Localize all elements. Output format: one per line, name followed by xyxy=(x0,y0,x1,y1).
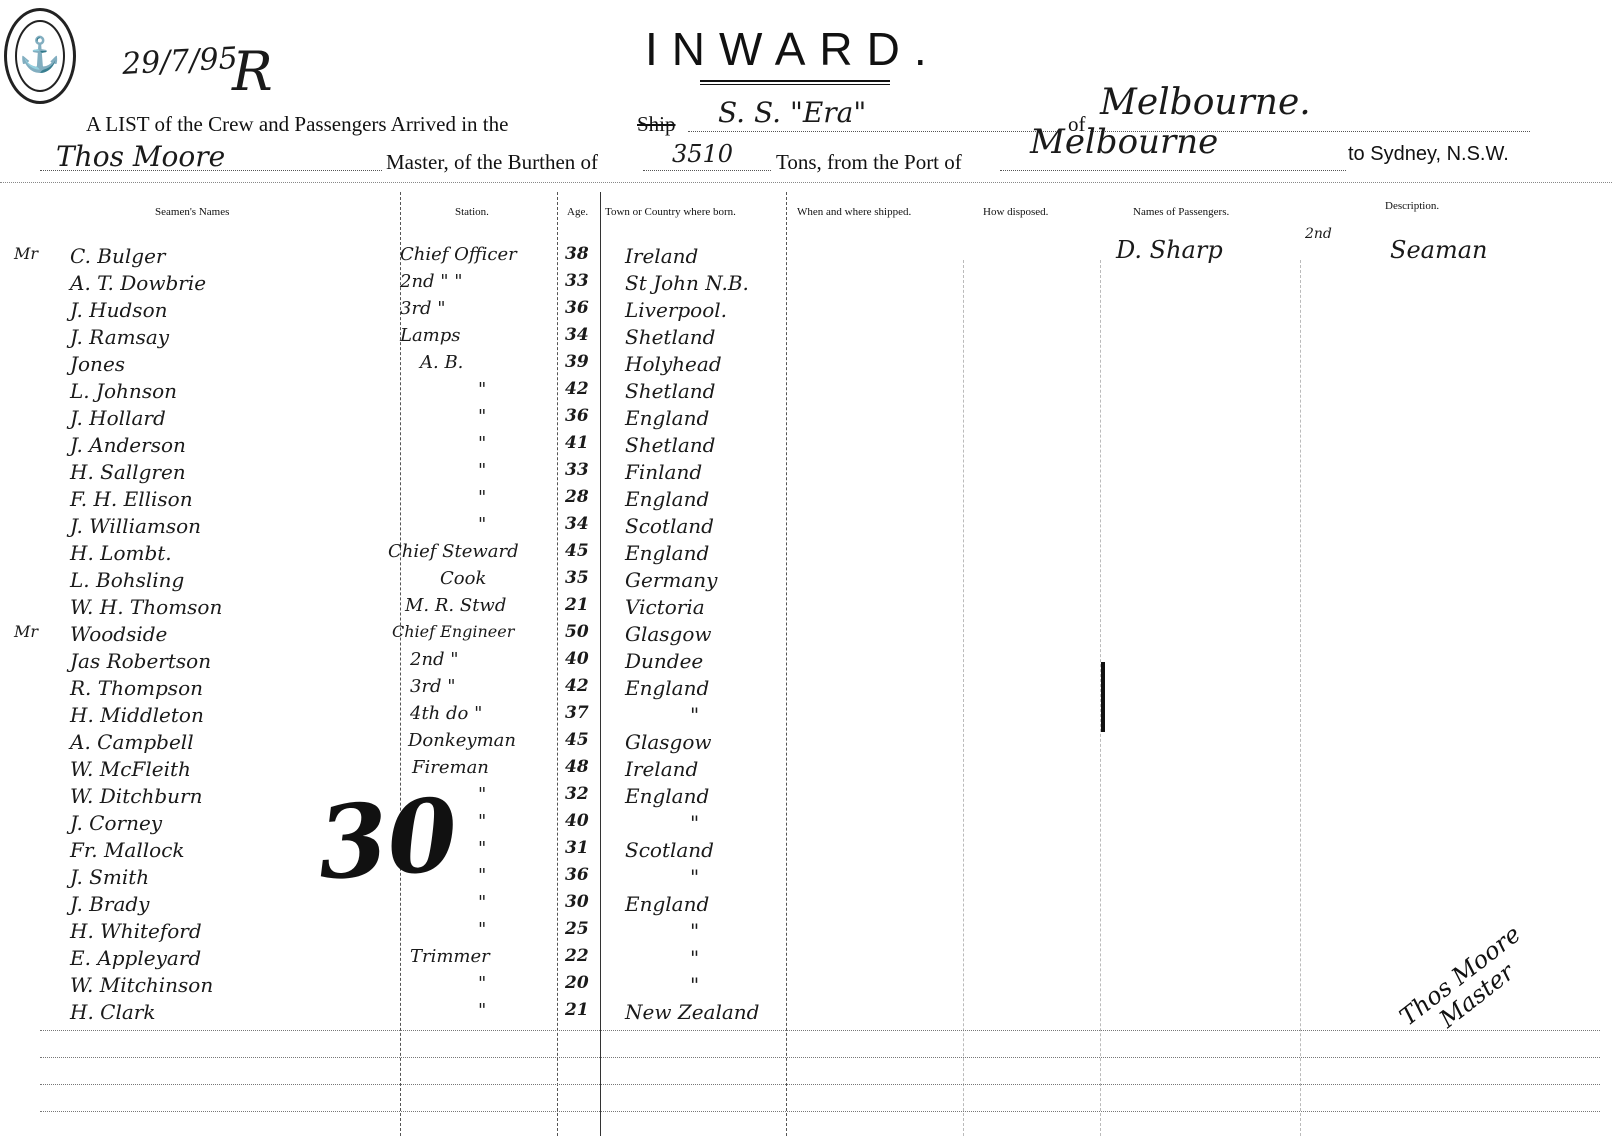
crew-born: Glasgow xyxy=(625,622,712,646)
crew-row: H. Middleton 4th do " 37 " xyxy=(0,703,820,729)
crew-name: L. Bohsling xyxy=(70,568,184,592)
crew-name: J. Smith xyxy=(70,865,149,889)
shipping-department-stamp: ⚓ xyxy=(4,8,76,104)
crew-station: " xyxy=(478,838,486,859)
crew-prefix: Mr xyxy=(14,622,38,641)
crew-station: Chief Engineer xyxy=(392,622,514,641)
crew-station: Chief Officer xyxy=(400,244,517,265)
crew-station: " xyxy=(478,865,486,886)
title-underline-thin xyxy=(700,84,890,85)
vessel-field-line xyxy=(688,131,1060,132)
crew-born: Dundee xyxy=(625,649,703,673)
crew-name: J. Hudson xyxy=(70,298,168,322)
crew-born: Victoria xyxy=(625,595,705,619)
list-heading-text: A LIST of the Crew and Passengers Arrive… xyxy=(86,112,508,137)
column-header-age: Age. xyxy=(567,206,588,218)
crew-station: 3rd " xyxy=(400,298,446,319)
crew-name: L. Johnson xyxy=(70,379,177,403)
crew-row: L. Bohsling Cook 35 Germany xyxy=(0,568,820,594)
burthen-field-line xyxy=(643,170,771,171)
crew-age: 31 xyxy=(565,838,589,858)
burthen-value: 3510 xyxy=(672,140,733,168)
tons-label: Tons, from the Port of xyxy=(776,150,962,175)
crew-row: J. Williamson " 34 Scotland xyxy=(0,514,820,540)
crew-station: Lamps xyxy=(400,325,461,346)
master-field-line xyxy=(40,170,382,171)
crew-age: 21 xyxy=(565,1000,589,1020)
crew-age: 33 xyxy=(565,460,589,480)
crew-age: 40 xyxy=(565,811,589,831)
page-title: INWARD. xyxy=(645,22,941,76)
crew-station: " xyxy=(478,514,486,535)
crew-row: W. H. Thomson M. R. Stwd 21 Victoria xyxy=(0,595,820,621)
crew-age: 34 xyxy=(565,514,589,534)
crew-station: Cook xyxy=(440,568,486,589)
crew-row: A. Campbell Donkeyman 45 Glasgow xyxy=(0,730,820,756)
divider-disposed xyxy=(963,260,964,1136)
crew-row: Jas Robertson 2nd " 40 Dundee xyxy=(0,649,820,675)
title-underline xyxy=(700,80,890,82)
crew-name: E. Appleyard xyxy=(70,946,201,970)
crew-row: W. Mitchinson " 20 " xyxy=(0,973,820,999)
crew-age: 36 xyxy=(565,298,589,318)
crew-age: 39 xyxy=(565,352,589,372)
crew-age: 50 xyxy=(565,622,589,642)
crew-row: H. Clark " 21 New Zealand xyxy=(0,1000,820,1026)
column-header-disposed: How disposed. xyxy=(983,206,1048,218)
crew-age: 38 xyxy=(565,244,589,264)
crew-row: F. H. Ellison " 28 England xyxy=(0,487,820,513)
crew-station: A. B. xyxy=(420,352,463,373)
crew-name: J. Hollard xyxy=(70,406,166,430)
crew-station: 2nd " " xyxy=(400,271,463,292)
crew-row: Mr Woodside Chief Engineer 50 Glasgow xyxy=(0,622,820,648)
crew-name: A. Campbell xyxy=(70,730,194,754)
master-name: Thos Moore xyxy=(56,140,225,173)
crew-age: 20 xyxy=(565,973,589,993)
crew-age: 22 xyxy=(565,946,589,966)
crew-born: England xyxy=(625,541,709,565)
crew-born: " xyxy=(690,865,699,889)
crew-born: St John N.B. xyxy=(625,271,749,295)
crew-station: " xyxy=(478,487,486,508)
crew-age: 36 xyxy=(565,406,589,426)
crew-born: Germany xyxy=(625,568,717,592)
crew-tally: 30 xyxy=(314,775,461,902)
crew-age: 35 xyxy=(565,568,589,588)
crew-name: F. H. Ellison xyxy=(70,487,193,511)
crew-age: 45 xyxy=(565,541,589,561)
crew-born: " xyxy=(690,811,699,835)
crew-name: W. H. Thomson xyxy=(70,595,222,619)
crew-name: H. Middleton xyxy=(70,703,204,727)
crew-born: " xyxy=(690,919,699,943)
crew-station: Trimmer xyxy=(410,946,490,967)
ruled-line xyxy=(40,1030,1600,1031)
crew-name: J. Anderson xyxy=(70,433,186,457)
crew-station: " xyxy=(478,433,486,454)
crew-station: " xyxy=(478,1000,486,1021)
crew-born: " xyxy=(690,703,699,727)
home-port: Melbourne. xyxy=(1100,82,1311,123)
crew-born: Shetland xyxy=(625,379,715,403)
crew-born: Glasgow xyxy=(625,730,712,754)
crew-prefix: Mr xyxy=(14,244,38,263)
crew-name: Woodside xyxy=(70,622,167,646)
crew-age: 42 xyxy=(565,379,589,399)
crew-age: 48 xyxy=(565,757,589,777)
crew-row: Jones A. B. 39 Holyhead xyxy=(0,352,820,378)
crew-born: England xyxy=(625,676,709,700)
crew-name: C. Bulger xyxy=(70,244,165,268)
crew-born: England xyxy=(625,784,709,808)
crew-born: Ireland xyxy=(625,244,698,268)
crew-born: England xyxy=(625,406,709,430)
crew-age: 40 xyxy=(565,649,589,669)
crew-name: R. Thompson xyxy=(70,676,203,700)
crew-station: " xyxy=(478,460,486,481)
crew-age: 42 xyxy=(565,676,589,696)
ruled-line xyxy=(40,1084,1600,1085)
crew-name: A. T. Dowbrie xyxy=(70,271,206,295)
ink-mark xyxy=(1101,662,1105,732)
crew-age: 37 xyxy=(565,703,589,723)
crew-name: Fr. Mallock xyxy=(70,838,185,862)
column-header-shipped: When and where shipped. xyxy=(797,206,911,218)
passenger-description: Seaman xyxy=(1390,236,1487,264)
crew-age: 36 xyxy=(565,865,589,885)
crew-row: E. Appleyard Trimmer 22 " xyxy=(0,946,820,972)
crew-age: 32 xyxy=(565,784,589,804)
crew-row: H. Sallgren " 33 Finland xyxy=(0,460,820,486)
crew-station: " xyxy=(478,973,486,994)
crew-age: 28 xyxy=(565,487,589,507)
crew-born: Holyhead xyxy=(625,352,722,376)
crew-name: H. Lombt. xyxy=(70,541,172,565)
crew-born: New Zealand xyxy=(625,1000,759,1024)
crew-name: H. Whiteford xyxy=(70,919,202,943)
crew-born: England xyxy=(625,892,709,916)
crew-station: " xyxy=(478,892,486,913)
crew-row: H. Whiteford " 25 " xyxy=(0,919,820,945)
crew-name: J. Brady xyxy=(70,892,149,916)
date-annotation: 29/7/95 xyxy=(121,41,238,82)
crew-row: J. Ramsay Lamps 34 Shetland xyxy=(0,325,820,351)
column-header-names: Seamen's Names xyxy=(155,206,229,218)
crew-name: Jas Robertson xyxy=(70,649,211,673)
crew-station: 2nd " xyxy=(410,649,459,670)
crew-age: 30 xyxy=(565,892,589,912)
crew-station: 3rd " xyxy=(410,676,456,697)
crew-age: 45 xyxy=(565,730,589,750)
crew-station: " xyxy=(478,784,486,805)
divider-description xyxy=(1300,260,1301,1136)
crew-name: H. Clark xyxy=(70,1000,155,1024)
anchor-icon: ⚓ xyxy=(19,39,61,73)
crew-born: Shetland xyxy=(625,433,715,457)
crew-age: 33 xyxy=(565,271,589,291)
table-top-rule xyxy=(0,182,1612,183)
crew-age: 21 xyxy=(565,595,589,615)
crew-born: Shetland xyxy=(625,325,715,349)
crew-age: 34 xyxy=(565,325,589,345)
crew-name: J. Ramsay xyxy=(70,325,169,349)
ruled-line xyxy=(40,1057,1600,1058)
arrival-list-document: ⚓ 29/7/95 R INWARD. A LIST of the Crew a… xyxy=(0,0,1612,1136)
crew-station: " xyxy=(478,919,486,940)
crew-name: W. McFleith xyxy=(70,757,191,781)
crew-station: " xyxy=(478,406,486,427)
crew-row: R. Thompson 3rd " 42 England xyxy=(0,676,820,702)
crew-born: Liverpool. xyxy=(625,298,727,322)
vessel-name: S. S. "Era" xyxy=(718,96,866,129)
passenger-name: D. Sharp xyxy=(1116,236,1223,264)
crew-row: A. T. Dowbrie 2nd " " 33 St John N.B. xyxy=(0,271,820,297)
crew-station: 4th do " xyxy=(410,703,482,724)
crew-born: Ireland xyxy=(625,757,698,781)
column-header-passengers: Names of Passengers. xyxy=(1133,206,1229,218)
column-header-station: Station. xyxy=(455,206,489,218)
crew-name: J. Corney xyxy=(70,811,162,835)
crew-station: Chief Steward xyxy=(388,541,519,562)
crew-name: W. Mitchinson xyxy=(70,973,213,997)
crew-row: J. Anderson " 41 Shetland xyxy=(0,433,820,459)
struck-word-ship: Ship xyxy=(637,112,676,137)
destination-label: to Sydney, N.S.W. xyxy=(1348,143,1509,166)
column-header-born: Town or Country where born. xyxy=(605,206,736,218)
ruled-line xyxy=(40,1111,1600,1112)
crew-station: " xyxy=(478,379,486,400)
crew-born: Finland xyxy=(625,460,702,484)
crew-name: W. Ditchburn xyxy=(70,784,202,808)
from-port: Melbourne xyxy=(1030,122,1218,162)
column-header-description: Description. xyxy=(1385,200,1439,212)
initial-annotation: R xyxy=(232,40,273,103)
crew-name: H. Sallgren xyxy=(70,460,186,484)
crew-age: 25 xyxy=(565,919,589,939)
crew-station: M. R. Stwd xyxy=(405,595,506,616)
crew-row: H. Lombt. Chief Steward 45 England xyxy=(0,541,820,567)
crew-age: 41 xyxy=(565,433,589,453)
crew-name: J. Williamson xyxy=(70,514,201,538)
crew-born: " xyxy=(690,946,699,970)
crew-row: Mr C. Bulger Chief Officer 38 Ireland xyxy=(0,244,820,270)
crew-row: J. Hudson 3rd " 36 Liverpool. xyxy=(0,298,820,324)
crew-row: L. Johnson " 42 Shetland xyxy=(0,379,820,405)
crew-name: Jones xyxy=(70,352,125,376)
master-signature: Thos Moore Master xyxy=(1395,921,1541,1051)
crew-born: " xyxy=(690,973,699,997)
crew-station: Donkeyman xyxy=(408,730,516,751)
crew-born: Scotland xyxy=(625,838,714,862)
master-label: Master, of the Burthen of xyxy=(386,150,598,175)
crew-born: England xyxy=(625,487,709,511)
crew-born: Scotland xyxy=(625,514,714,538)
crew-station: " xyxy=(478,811,486,832)
from-port-field-line xyxy=(1000,170,1346,171)
passenger-class: 2nd xyxy=(1305,226,1332,242)
crew-row: J. Hollard " 36 England xyxy=(0,406,820,432)
